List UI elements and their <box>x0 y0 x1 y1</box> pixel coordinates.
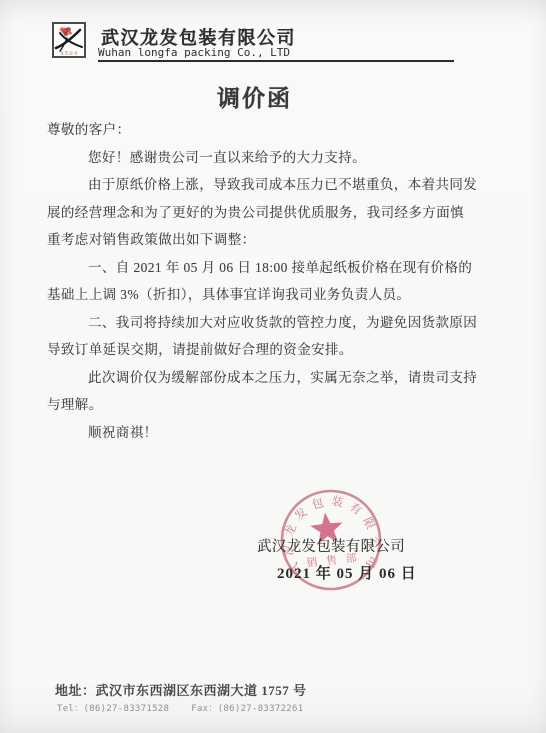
signature-company: 武汉龙发包装有限公司 <box>257 535 405 556</box>
body-line: 导致订单延误交期，请提前做好合理的资金安排。 <box>47 338 509 366</box>
longfa-logo-icon: 龙发企业 <box>54 24 84 56</box>
body-line: 重考虑对销售政策做出如下调整： <box>47 228 509 256</box>
header-divider <box>98 60 454 62</box>
signature-date: 2021 年 05 月 06 日 <box>277 562 417 583</box>
body-line: 您好！感谢贵公司一直以来给予的大力支持。 <box>47 146 509 174</box>
letter-body: 尊敬的客户：您好！感谢贵公司一直以来给予的大力支持。由于原纸价格上涨，导致我司成… <box>47 118 509 449</box>
body-line: 二、我司将持续加大对应收货款的管控力度，为避免因货款原因 <box>47 311 509 339</box>
company-logo: 龙发企业 <box>52 22 86 58</box>
footer-address: 地址：武汉市东西湖区东西湖大道 1757 号 <box>55 680 307 699</box>
body-line: 尊敬的客户： <box>47 118 509 146</box>
body-line: 一、自 2021 年 05 月 06 日 18:00 接单起纸板价格在现有价格的 <box>47 256 509 284</box>
body-line: 此次调价仅为缓解部份成本之压力，实属无奈之举，请贵司支持 <box>47 366 509 394</box>
body-line: 基础上上调 3%（折扣），具体事宜详询我司业务负责人员。 <box>47 283 509 311</box>
scanned-letter-page: 龙发企业 武汉龙发包装有限公司 Wuhan longfa packing Co.… <box>0 0 546 733</box>
body-line: 展的经营理念和为了更好的为贵公司提供优质服务，我司经多方面慎 <box>47 201 509 229</box>
footer-telfax: Tel：(86)27-83371528Fax：(86)27-83372261 <box>57 701 303 714</box>
logo-caption: 龙发企业 <box>60 50 78 56</box>
footer-tel: Tel：(86)27-83371528 <box>57 704 169 714</box>
body-line: 顺祝商祺！ <box>47 421 509 449</box>
company-name-en: Wuhan longfa packing Co., LTD <box>98 46 290 59</box>
page-title: 调价函 <box>217 80 292 113</box>
body-line: 由于原纸价格上涨，导致我司成本压力已不堪重负，本着共同发 <box>47 173 509 201</box>
body-line: 与理解。 <box>47 393 509 421</box>
footer-fax: Fax：(86)27-83372261 <box>191 704 303 714</box>
